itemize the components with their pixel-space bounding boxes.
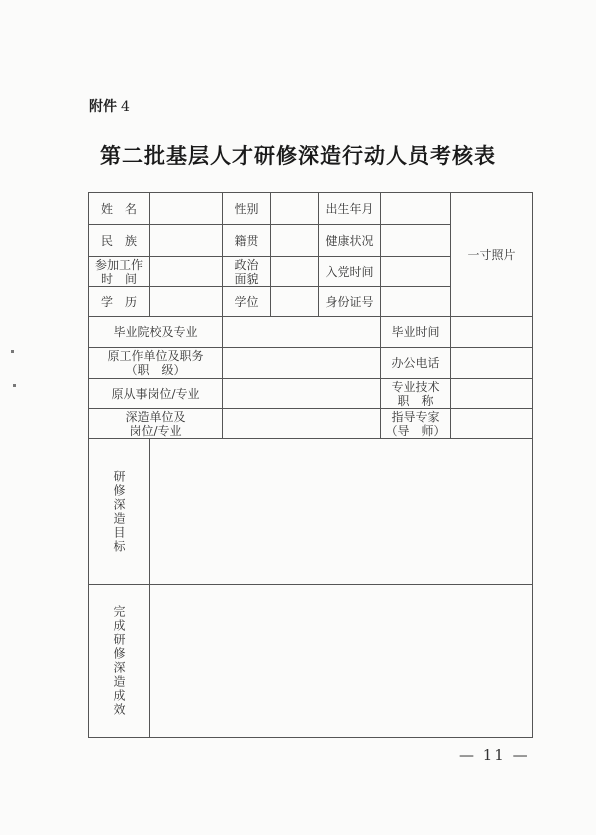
field-mentor[interactable] bbox=[451, 409, 533, 439]
label-party-join: 入党时间 bbox=[319, 257, 381, 287]
page-number: — 11 — bbox=[459, 746, 530, 764]
label-graduation-school: 毕业院校及专业 bbox=[89, 317, 223, 348]
label-original-post: 原从事岗位/专业 bbox=[89, 379, 223, 409]
field-health[interactable] bbox=[381, 225, 451, 257]
photo-box[interactable]: 一寸照片 bbox=[451, 193, 533, 317]
field-degree[interactable] bbox=[271, 287, 319, 317]
field-original-post[interactable] bbox=[223, 379, 381, 409]
field-name[interactable] bbox=[150, 193, 223, 225]
field-id-number[interactable] bbox=[381, 287, 451, 317]
label-study-goal: 研修深造目标 bbox=[89, 439, 150, 585]
label-education: 学 历 bbox=[89, 287, 150, 317]
label-political-status: 政治 面貌 bbox=[223, 257, 271, 287]
assessment-form-table: 姓 名 性别 出生年月 一寸照片 民 族 籍贯 健康状况 参加工作 时 间 政治… bbox=[88, 192, 533, 738]
label-original-employer: 原工作单位及职务 （职 级） bbox=[89, 348, 223, 379]
field-gender[interactable] bbox=[271, 193, 319, 225]
field-graduation-time[interactable] bbox=[451, 317, 533, 348]
field-party-join[interactable] bbox=[381, 257, 451, 287]
field-political-status[interactable] bbox=[271, 257, 319, 287]
photo-label: 一寸照片 bbox=[467, 248, 515, 262]
field-work-start[interactable] bbox=[150, 257, 223, 287]
attachment-number: 4 bbox=[121, 99, 130, 115]
label-graduation-time: 毕业时间 bbox=[381, 317, 451, 348]
binding-mark bbox=[13, 384, 16, 387]
label-office-phone: 办公电话 bbox=[381, 348, 451, 379]
field-original-employer[interactable] bbox=[223, 348, 381, 379]
label-native-place: 籍贯 bbox=[223, 225, 271, 257]
label-name: 姓 名 bbox=[89, 193, 150, 225]
label-degree: 学位 bbox=[223, 287, 271, 317]
field-birth-date[interactable] bbox=[381, 193, 451, 225]
field-office-phone[interactable] bbox=[451, 348, 533, 379]
label-gender: 性别 bbox=[223, 193, 271, 225]
label-professional-title: 专业技术 职 称 bbox=[381, 379, 451, 409]
field-professional-title[interactable] bbox=[451, 379, 533, 409]
page-title: 第二批基层人才研修深造行动人员考核表 bbox=[0, 140, 596, 170]
attachment-label: 附件4 bbox=[89, 96, 130, 116]
label-ethnicity: 民 族 bbox=[89, 225, 150, 257]
field-study-unit[interactable] bbox=[223, 409, 381, 439]
field-graduation-school[interactable] bbox=[223, 317, 381, 348]
label-health: 健康状况 bbox=[319, 225, 381, 257]
attachment-text: 附件 bbox=[89, 99, 117, 115]
label-id-number: 身份证号 bbox=[319, 287, 381, 317]
field-native-place[interactable] bbox=[271, 225, 319, 257]
field-ethnicity[interactable] bbox=[150, 225, 223, 257]
label-work-start: 参加工作 时 间 bbox=[89, 257, 150, 287]
field-study-result[interactable] bbox=[150, 585, 533, 738]
label-study-result: 完成研修深造成效 bbox=[89, 585, 150, 738]
field-study-goal[interactable] bbox=[150, 439, 533, 585]
binding-mark bbox=[11, 350, 14, 353]
field-education[interactable] bbox=[150, 287, 223, 317]
label-mentor: 指导专家 （导 师） bbox=[381, 409, 451, 439]
label-study-unit: 深造单位及 岗位/专业 bbox=[89, 409, 223, 439]
label-birth-date: 出生年月 bbox=[319, 193, 381, 225]
